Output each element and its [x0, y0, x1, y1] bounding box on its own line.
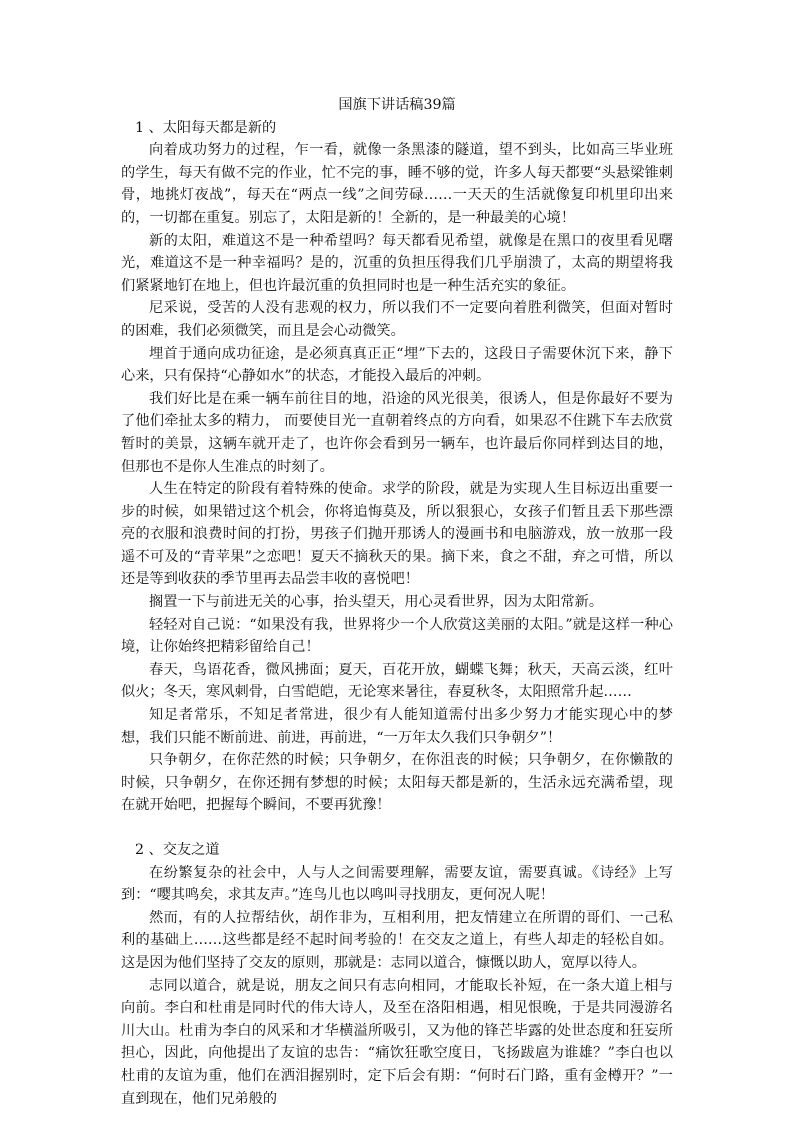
paragraph: 搁置一下与前进无关的心事，抬头望天，用心灵看世界，因为太阳常新。: [121, 591, 673, 614]
document-title: 国旗下讲话稿39篇: [121, 94, 673, 117]
document-page: 国旗下讲话稿39篇 1 、太阳每天都是新的 向着成功努力的过程，乍一看，就像一条…: [121, 94, 673, 1110]
paragraph: 然而，有的人拉帮结伙，胡作非为，互相利用，把友情建立在所谓的哥们、一己私利的基础…: [121, 907, 673, 975]
paragraph: 向着成功努力的过程，乍一看，就像一条黑漆的隧道，望不到头，比如高三毕业班的学生，…: [121, 139, 673, 229]
paragraph: 志同以道合，就是说，朋友之间只有志向相同，才能取长补短，在一条大道上相与向前。李…: [121, 975, 673, 1111]
section-sun-is-new: 1 、太阳每天都是新的 向着成功努力的过程，乍一看，就像一条黑漆的隧道，望不到头…: [121, 117, 673, 817]
paragraph: 在纷繁复杂的社会中，人与人之间需要理解，需要友谊，需要真诚。《诗经》上写到：“嘤…: [121, 862, 673, 907]
section-heading: 2 、交友之道: [121, 839, 673, 862]
paragraph: 春天，鸟语花香，微风拂面；夏天，百花开放，蝴蝶飞舞；秋天，天高云淡，红叶似火；冬…: [121, 659, 673, 704]
paragraph: 轻轻对自己说：“如果没有我，世界将少一个人欣赏这美丽的太阳。”就是这样一种心境，…: [121, 614, 673, 659]
paragraph: 尼采说，受苦的人没有悲观的权力，所以我们不一定要向着胜利微笑，但面对暂时的困难，…: [121, 297, 673, 342]
paragraph: 新的太阳，难道这不是一种希望吗？每天都看见希望，就像是在黑口的夜里看见曙光，难道…: [121, 230, 673, 298]
section-way-of-friendship: 2 、交友之道 在纷繁复杂的社会中，人与人之间需要理解，需要友谊，需要真诚。《诗…: [121, 839, 673, 1110]
section-spacer: [121, 817, 673, 839]
paragraph: 人生在特定的阶段有着特殊的使命。求学的阶段，就是为实现人生目标迈出重要一步的时候…: [121, 478, 673, 591]
paragraph: 知足者常乐，不知足者常进，很少有人能知道需付出多少努力才能实现心中的梦想，我们只…: [121, 704, 673, 749]
section-heading: 1 、太阳每天都是新的: [121, 117, 673, 140]
paragraph: 我们好比是在乘一辆车前往目的地，沿途的风光很美，很诱人，但是你最好不要为了他们牵…: [121, 388, 673, 478]
paragraph: 只争朝夕，在你茫然的时候；只争朝夕，在你沮丧的时候；只争朝夕，在你懒散的时候，只…: [121, 749, 673, 817]
paragraph: 埋首于通向成功征途，是必须真真正正“埋”下去的，这段日子需要休沉下来，静下心来，…: [121, 343, 673, 388]
